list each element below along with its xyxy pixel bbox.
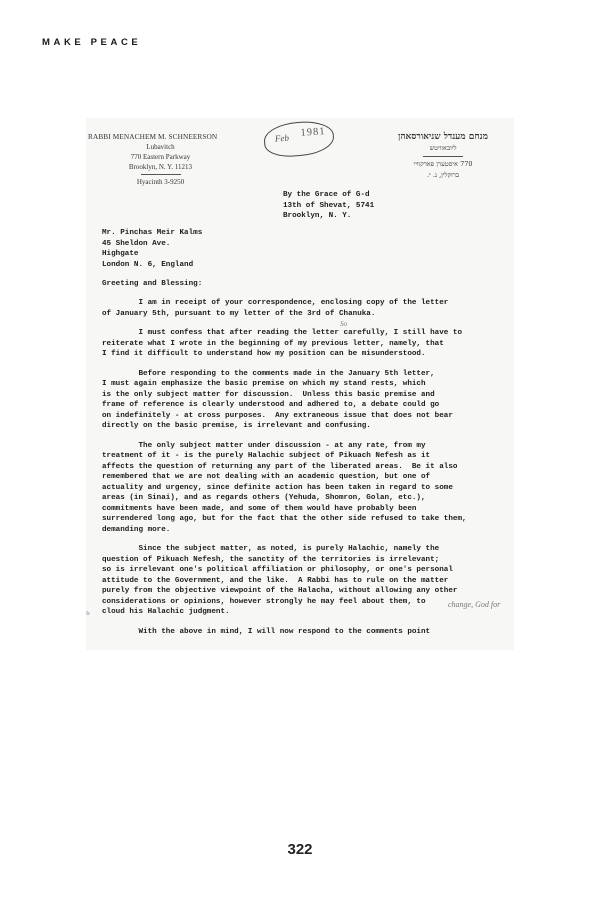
paragraph-line: I must confess that after reading the le… (102, 328, 502, 339)
letter-paragraph: Before responding to the comments made i… (102, 369, 502, 432)
paragraph-line: Before responding to the comments made i… (102, 369, 502, 380)
handwritten-year: 1981 (300, 126, 326, 139)
paragraph-line: With the above in mind, I will now respo… (102, 627, 502, 638)
paragraph-line: demanding more. (102, 525, 502, 536)
paragraph-line: Since the subject matter, as noted, is p… (102, 544, 502, 555)
handwritten-note: So (340, 320, 347, 328)
dateline-line: By the Grace of G-d (283, 190, 374, 201)
paragraph-line: I must again emphasize the basic premise… (102, 379, 502, 390)
paragraph-line: is the only subject matter for discussio… (102, 390, 502, 401)
paragraph-line: on indefinitely - at cross purposes. Any… (102, 411, 502, 422)
addressee-line: 45 Sheldon Ave. (102, 239, 202, 250)
paragraph-line: affects the question of returning any pa… (102, 462, 502, 473)
dateline-line: Brooklyn, N. Y. (283, 211, 374, 222)
letterhead-divider (141, 174, 181, 175)
letterhead-street: 770 Eastern Parkway (88, 152, 233, 162)
letterhead-phone: Hyacinth 3-9250 (88, 177, 233, 187)
paragraph-line: commitments have been made, and some of … (102, 504, 502, 515)
handwritten-date-circle: Feb 1981 (263, 120, 335, 159)
paragraph-line: purely from the objective viewpoint of t… (102, 586, 502, 597)
letter-paragraph: Since the subject matter, as noted, is p… (102, 544, 502, 618)
letter-paragraph: I am in receipt of your correspondence, … (102, 298, 502, 319)
paragraph-line: surrendered long ago, but for the fact t… (102, 514, 502, 525)
paragraph-line: directly on the basic premise, is irrele… (102, 421, 502, 432)
letter-body: I am in receipt of your correspondence, … (102, 298, 502, 646)
letterhead-english: RABBI MENACHEM M. SCHNEERSON Lubavitch 7… (88, 132, 233, 187)
paragraph-line: cloud his Halachic judgment. (102, 607, 502, 618)
letterhead-hebrew-org: ליובאוויטש (378, 143, 508, 154)
running-head: MAKE PEACE (42, 37, 141, 48)
handwritten-margin-note: or To (86, 610, 90, 617)
paragraph-line: remembered that we are not dealing with … (102, 472, 502, 483)
paragraph-line: actuality and urgency, since definite ac… (102, 483, 502, 494)
paragraph-line: frame of reference is clearly understood… (102, 400, 502, 411)
letterhead-hebrew-city: ברוקלין, נ. י. (378, 170, 508, 181)
letterhead-hebrew-street: 770 איסטערן פארקוויי (378, 159, 508, 170)
paragraph-line: question of Pikuach Nefesh, the sanctity… (102, 555, 502, 566)
addressee-line: Highgate (102, 249, 202, 260)
handwritten-month: Feb (275, 133, 290, 144)
paragraph-line: so is irrelevant one's political affilia… (102, 565, 502, 576)
dateline: By the Grace of G-d 13th of Shevat, 5741… (283, 190, 374, 222)
letterhead-hebrew-divider (423, 156, 463, 157)
letter-paragraph: With the above in mind, I will now respo… (102, 627, 502, 638)
letterhead-org: Lubavitch (88, 142, 233, 152)
addressee-line: Mr. Pinchas Meir Kalms (102, 228, 202, 239)
letterhead-hebrew-name: מנחם מענדל שניאורסאהן (378, 132, 508, 143)
letterhead-name: RABBI MENACHEM M. SCHNEERSON (88, 132, 233, 142)
letterhead-hebrew: מנחם מענדל שניאורסאהן ליובאוויטש 770 איס… (378, 132, 508, 181)
addressee-block: Mr. Pinchas Meir Kalms 45 Sheldon Ave. H… (102, 228, 202, 270)
letter-paragraph: I must confess that after reading the le… (102, 328, 502, 360)
letterhead-city: Brooklyn, N. Y. 11213 (88, 162, 233, 172)
addressee-line: London N. 6, England (102, 260, 202, 271)
paragraph-line: I am in receipt of your correspondence, … (102, 298, 502, 309)
handwritten-margin-note: change, God for (448, 600, 500, 609)
dateline-line: 13th of Shevat, 5741 (283, 201, 374, 212)
page-number: 322 (0, 841, 600, 858)
paragraph-line: The only subject matter under discussion… (102, 441, 502, 452)
scanned-letter: RABBI MENACHEM M. SCHNEERSON Lubavitch 7… (86, 118, 514, 650)
paragraph-line: I find it difficult to understand how my… (102, 349, 502, 360)
paragraph-line: reiterate what I wrote in the beginning … (102, 339, 502, 350)
paragraph-line: considerations or opinions, however stro… (102, 597, 502, 608)
salutation: Greeting and Blessing: (102, 279, 202, 290)
paragraph-line: of January 5th, pursuant to my letter of… (102, 309, 502, 320)
paragraph-line: areas (in Sinai), and as regards others … (102, 493, 502, 504)
paragraph-line: attitude to the Government, and the like… (102, 576, 502, 587)
letter-paragraph: The only subject matter under discussion… (102, 441, 502, 536)
paragraph-line: treatment of it - is the purely Halachic… (102, 451, 502, 462)
